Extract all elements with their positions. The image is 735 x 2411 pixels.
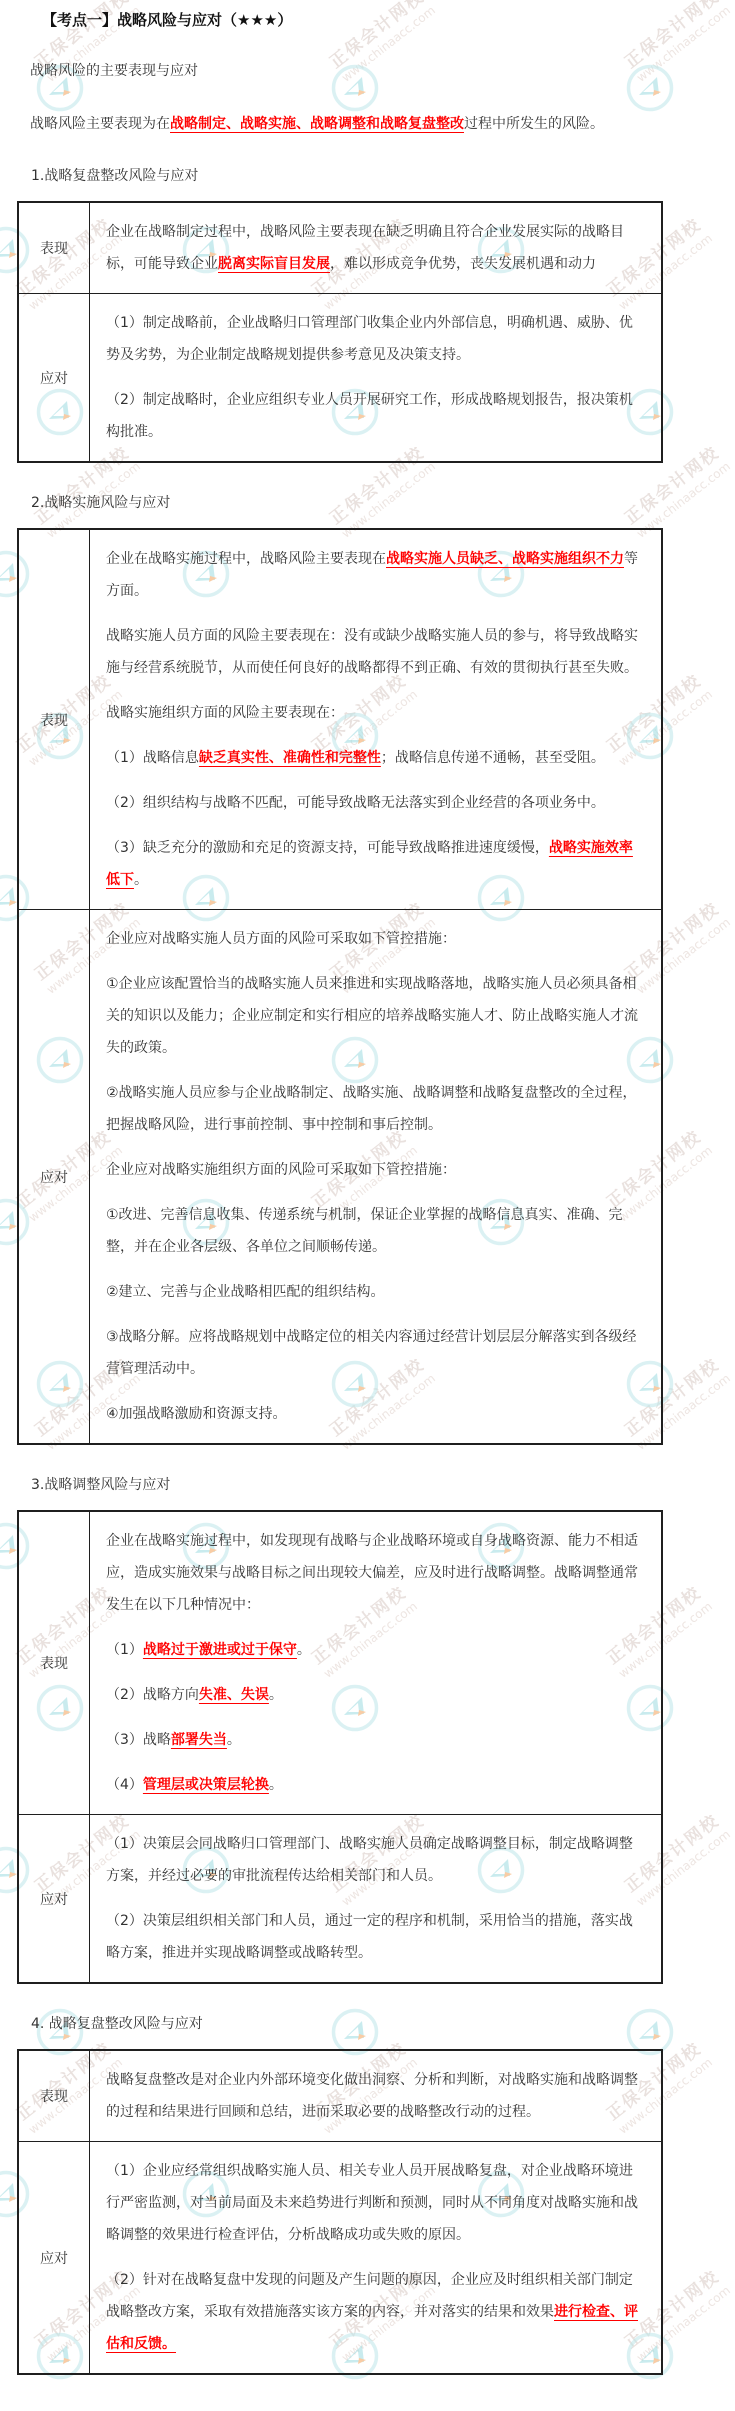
text-run: 企业应对战略实施人员方面的风险可采取如下管控措施： [106,931,456,947]
cell-paragraph: （1）决策层会同战略归口管理部门、战略实施人员确定战略调整目标，制定战略调整方案… [106,1828,645,1892]
cell-paragraph: （1）制定战略前，企业战略归口管理部门收集企业内外部信息，明确机遇、威胁、优势及… [106,307,645,371]
table-row: 应对（1）决策层会同战略归口管理部门、战略实施人员确定战略调整目标，制定战略调整… [18,1815,662,1984]
row-content: 企业在战略实施过程中，如发现现有战略与企业战略环境或自身战略资源、能力不相适应，… [90,1511,663,1815]
cell-paragraph: ①改进、完善信息收集、传递系统与机制，保证企业掌握的战略信息真实、准确、完整，并… [106,1199,645,1263]
row-content: （1）制定战略前，企业战略归口管理部门收集企业内外部信息，明确机遇、威胁、优势及… [90,294,663,463]
text-run: （3）缺乏充分的激励和充足的资源支持，可能导致战略推进速度缓慢， [106,840,549,856]
text-run: （1）战略信息 [106,750,199,766]
cell-paragraph: 战略实施人员方面的风险主要表现在：没有或缺少战略实施人员的参与，将导致战略实施与… [106,620,645,684]
row-content: 企业应对战略实施人员方面的风险可采取如下管控措施：①企业应该配置恰当的战略实施人… [90,910,663,1445]
cell-paragraph: （4）管理层或决策层轮换。 [106,1769,645,1801]
row-label: 表现 [18,1511,90,1815]
cell-paragraph: ③战略分解。应将战略规划中战略定位的相关内容通过经营计划层层分解落实到各级经营管… [106,1321,645,1385]
text-run: 战略复盘整改是对企业内外部环境变化做出洞察、分析和判断，对战略实施和战略调整的过… [106,2072,638,2120]
cell-paragraph: 企业应对战略实施人员方面的风险可采取如下管控措施： [106,923,645,955]
table-row: 应对（1）企业应经常组织战略实施人员、相关专业人员开展战略复盘，对企业战略环境进… [18,2142,662,2375]
text-run: （1）企业应经常组织战略实施人员、相关专业人员开展战略复盘，对企业战略环境进行严… [106,2163,638,2243]
section-heading-4: 4. 战略复盘整改风险与应对 [31,2014,735,2034]
cell-paragraph: （3）战略部署失当。 [106,1724,645,1756]
cell-paragraph: ①企业应该配置恰当的战略实施人员来推进和实现战略落地，战略实施人员必须具备相关的… [106,968,645,1064]
text-run: （2）决策层组织相关部门和人员，通过一定的程序和机制，采用恰当的措施，落实战略方… [106,1913,633,1961]
cell-paragraph: 企业在战略实施过程中，如发现现有战略与企业战略环境或自身战略资源、能力不相适应，… [106,1525,645,1621]
highlighted-key-phrase: 失准、失误 [199,1687,269,1703]
text-run: ②建立、完善与企业战略相匹配的组织结构。 [106,1284,385,1300]
text-run: 过程中所发生的风险。 [464,116,604,132]
text-run: 战略实施组织方面的风险主要表现在： [106,705,344,721]
text-run: （3）战略 [106,1732,171,1748]
text-run: （2）战略方向 [106,1687,199,1703]
document-page: 正保会计网校www.chinaacc.com正保会计网校www.chinaacc… [0,0,735,2411]
text-run: 。 [269,1687,283,1703]
risk-table-3: 表现企业在战略实施过程中，如发现现有战略与企业战略环境或自身战略资源、能力不相适… [17,1510,663,1984]
sections-container: 1.战略复盘整改风险与应对表现企业在战略制定过程中，战略风险主要表现在缺乏明确且… [0,166,735,2375]
cell-paragraph: ②建立、完善与企业战略相匹配的组织结构。 [106,1276,645,1308]
document-content: 【考点一】战略风险与应对（★★★） 战略风险的主要表现与应对 战略风险主要表现为… [0,10,735,2375]
cell-paragraph: （2）制定战略时，企业应组织专业人员开展研究工作，形成战略规划报告，报决策机构批… [106,384,645,448]
cell-paragraph: （2）战略方向失准、失误。 [106,1679,645,1711]
cell-paragraph: （1）企业应经常组织战略实施人员、相关专业人员开展战略复盘，对企业战略环境进行严… [106,2155,645,2251]
intro-lead: 战略风险的主要表现与应对 [30,59,691,83]
risk-table-1: 表现企业在战略制定过程中，战略风险主要表现在缺乏明确且符合企业发展实际的战略目标… [17,201,663,463]
text-run: （1）决策层会同战略归口管理部门、战略实施人员确定战略调整目标，制定战略调整方案… [106,1836,633,1884]
cell-paragraph: ④加强战略激励和资源支持。 [106,1398,645,1430]
intro-summary: 战略风险主要表现为在战略制定、战略实施、战略调整和战略复盘整改过程中所发生的风险… [30,112,691,136]
cell-paragraph: ②战略实施人员应参与企业战略制定、战略实施、战略调整和战略复盘整改的全过程，把握… [106,1077,645,1141]
text-run: ②战略实施人员应参与企业战略制定、战略实施、战略调整和战略复盘整改的全过程，把握… [106,1085,637,1133]
row-content: 战略复盘整改是对企业内外部环境变化做出洞察、分析和判断，对战略实施和战略调整的过… [90,2050,663,2142]
highlighted-key-phrase: 缺乏真实性、准确性和完整性 [199,750,381,766]
row-label: 表现 [18,202,90,294]
row-label: 应对 [18,1815,90,1984]
page-title: 【考点一】战略风险与应对（★★★） [42,10,735,30]
risk-table-2: 表现企业在战略实施过程中，战略风险主要表现在战略实施人员缺乏、战略实施组织不力等… [17,528,663,1445]
text-run: ④加强战略激励和资源支持。 [106,1406,287,1422]
text-run: 战略实施人员方面的风险主要表现在：没有或缺少战略实施人员的参与，将导致战略实施与… [106,628,638,676]
text-run: 企业在战略实施过程中，战略风险主要表现在 [106,551,386,567]
cell-paragraph: 企业在战略制定过程中，战略风险主要表现在缺乏明确且符合企业发展实际的战略目标，可… [106,216,645,280]
table-row: 应对（1）制定战略前，企业战略归口管理部门收集企业内外部信息，明确机遇、威胁、优… [18,294,662,463]
text-run: 。 [227,1732,241,1748]
text-run: ①改进、完善信息收集、传递系统与机制，保证企业掌握的战略信息真实、准确、完整，并… [106,1207,623,1255]
cell-paragraph: 企业在战略实施过程中，战略风险主要表现在战略实施人员缺乏、战略实施组织不力等方面… [106,543,645,607]
section-heading-1: 1.战略复盘整改风险与应对 [31,166,735,186]
highlighted-key-phrase: 战略实施人员缺乏、战略实施组织不力 [386,551,624,567]
table-row: 表现企业在战略制定过程中，战略风险主要表现在缺乏明确且符合企业发展实际的战略目标… [18,202,662,294]
text-run: 。 [269,1777,283,1793]
row-label: 应对 [18,910,90,1445]
text-run: ③战略分解。应将战略规划中战略定位的相关内容通过经营计划层层分解落实到各级经营管… [106,1329,637,1377]
text-run: 。 [297,1642,311,1658]
row-content: 企业在战略实施过程中，战略风险主要表现在战略实施人员缺乏、战略实施组织不力等方面… [90,529,663,910]
cell-paragraph: （1）战略过于激进或过于保守。 [106,1634,645,1666]
row-label: 应对 [18,2142,90,2375]
section-heading-3: 3.战略调整风险与应对 [31,1475,735,1495]
text-run: （1） [106,1642,143,1658]
highlighted-key-phrase: 管理层或决策层轮换 [143,1777,269,1793]
risk-table-4: 表现战略复盘整改是对企业内外部环境变化做出洞察、分析和判断，对战略实施和战略调整… [17,2049,663,2375]
row-label: 表现 [18,2050,90,2142]
row-content: （1）企业应经常组织战略实施人员、相关专业人员开展战略复盘，对企业战略环境进行严… [90,2142,663,2375]
row-label: 表现 [18,529,90,910]
text-run: 企业应对战略实施组织方面的风险可采取如下管控措施： [106,1162,456,1178]
text-run: （2）制定战略时，企业应组织专业人员开展研究工作，形成战略规划报告，报决策机构批… [106,392,633,440]
cell-paragraph: 企业应对战略实施组织方面的风险可采取如下管控措施： [106,1154,645,1186]
cell-paragraph: （1）战略信息缺乏真实性、准确性和完整性；战略信息传递不通畅，甚至受阻。 [106,742,645,774]
text-run: 企业在战略实施过程中，如发现现有战略与企业战略环境或自身战略资源、能力不相适应，… [106,1533,638,1613]
highlighted-key-phrase: 战略制定、战略实施、战略调整和战略复盘整改 [170,116,464,132]
section-heading-2: 2.战略实施风险与应对 [31,493,735,513]
cell-paragraph: （2）决策层组织相关部门和人员，通过一定的程序和机制，采用恰当的措施，落实战略方… [106,1905,645,1969]
row-label: 应对 [18,294,90,463]
highlighted-key-phrase: 部署失当 [171,1732,227,1748]
text-run: ；战略信息传递不通畅，甚至受阻。 [381,750,605,766]
table-row: 表现战略复盘整改是对企业内外部环境变化做出洞察、分析和判断，对战略实施和战略调整… [18,2050,662,2142]
cell-paragraph: （2）针对在战略复盘中发现的问题及产生问题的原因，企业应及时组织相关部门制定战略… [106,2264,645,2360]
text-run: （1）制定战略前，企业战略归口管理部门收集企业内外部信息，明确机遇、威胁、优势及… [106,315,633,363]
cell-paragraph: 战略实施组织方面的风险主要表现在： [106,697,645,729]
row-content: 企业在战略制定过程中，战略风险主要表现在缺乏明确且符合企业发展实际的战略目标，可… [90,202,663,294]
text-run: ，难以形成竞争优势，丧失发展机遇和动力 [330,256,596,272]
table-row: 表现企业在战略实施过程中，如发现现有战略与企业战略环境或自身战略资源、能力不相适… [18,1511,662,1815]
table-row: 表现企业在战略实施过程中，战略风险主要表现在战略实施人员缺乏、战略实施组织不力等… [18,529,662,910]
table-row: 应对企业应对战略实施人员方面的风险可采取如下管控措施：①企业应该配置恰当的战略实… [18,910,662,1445]
highlighted-key-phrase: 战略过于激进或过于保守 [143,1642,297,1658]
text-run: 战略风险主要表现为在 [30,116,170,132]
text-run: （4） [106,1777,143,1793]
highlighted-key-phrase: 脱离实际盲目发展 [218,256,330,272]
text-run: ①企业应该配置恰当的战略实施人员来推进和实现战略落地，战略实施人员必须具备相关的… [106,976,638,1056]
text-run: 。 [134,872,148,888]
cell-paragraph: 战略复盘整改是对企业内外部环境变化做出洞察、分析和判断，对战略实施和战略调整的过… [106,2064,645,2128]
cell-paragraph: （2）组织结构与战略不匹配，可能导致战略无法落实到企业经营的各项业务中。 [106,787,645,819]
row-content: （1）决策层会同战略归口管理部门、战略实施人员确定战略调整目标，制定战略调整方案… [90,1815,663,1984]
cell-paragraph: （3）缺乏充分的激励和充足的资源支持，可能导致战略推进速度缓慢，战略实施效率低下… [106,832,645,896]
text-run: （2）组织结构与战略不匹配，可能导致战略无法落实到企业经营的各项业务中。 [106,795,605,811]
